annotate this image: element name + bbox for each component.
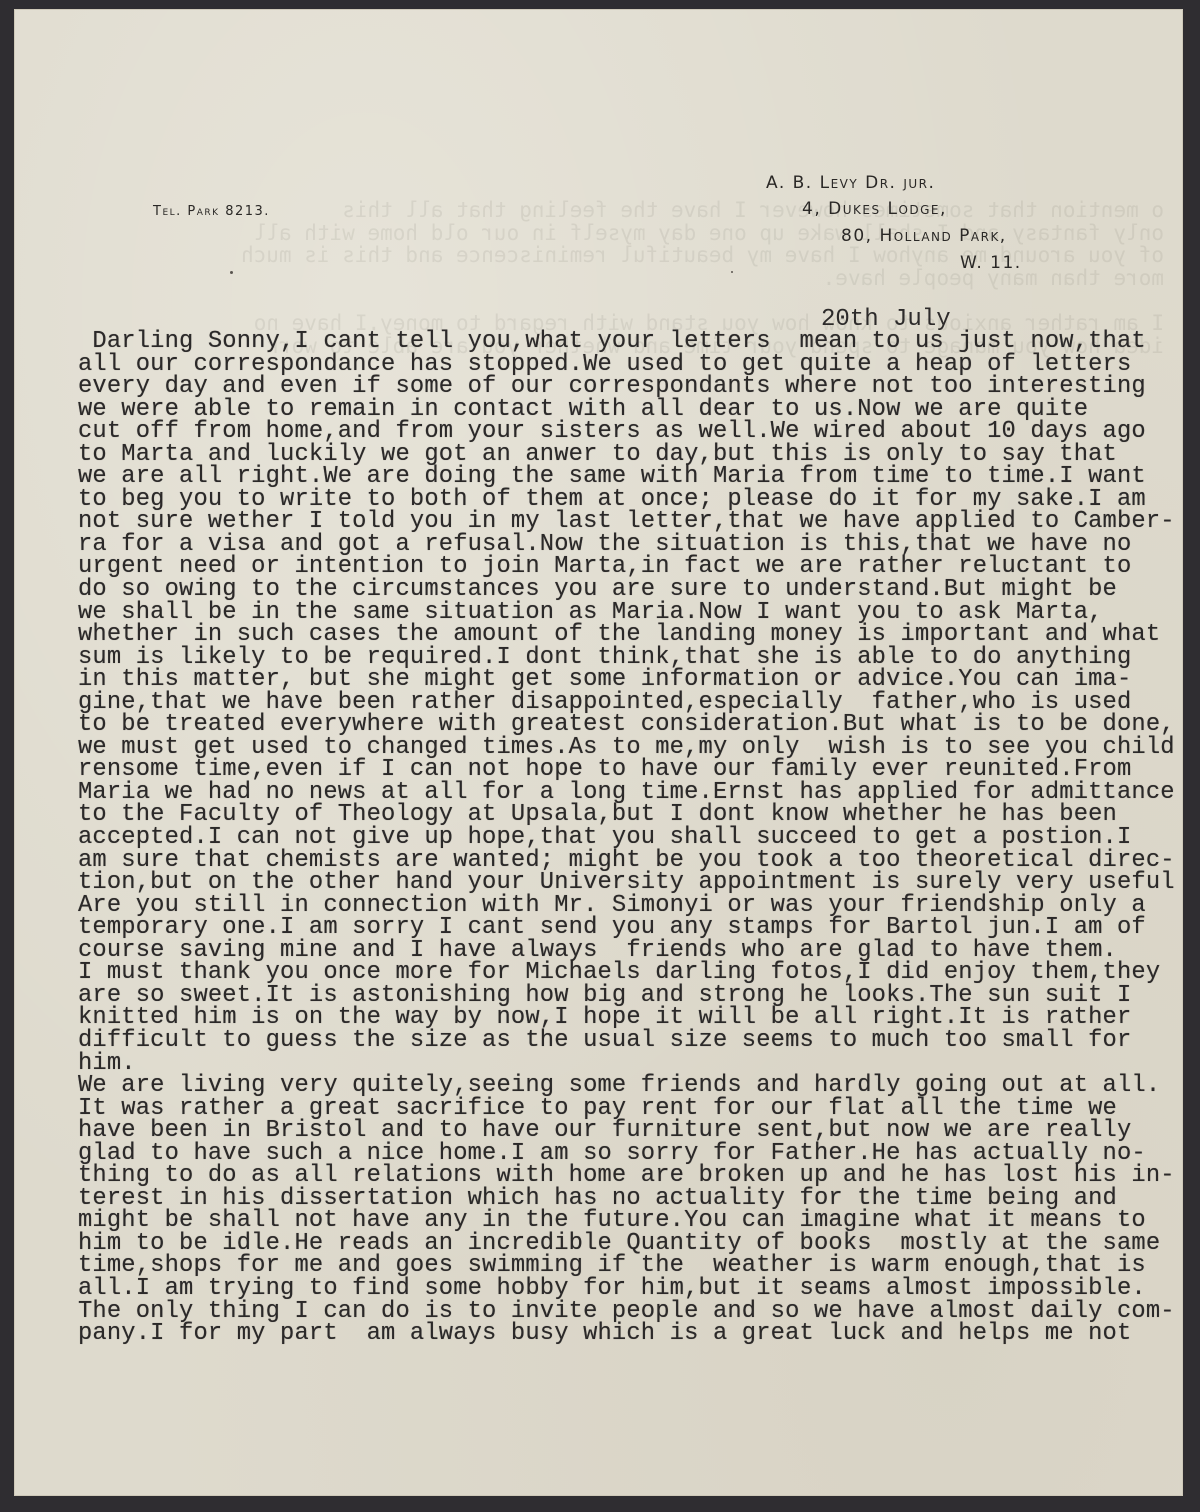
letterhead-sender-name: A. B. Levy Dr. jur. [766,173,935,193]
letterhead-address-line-2: 80, Holland Park, [841,226,1007,246]
letter-page: o mention that sometimes however I have … [14,9,1183,1496]
letterhead-address-line-3: W. 11. [960,253,1022,273]
ink-speck [731,271,733,273]
letter-body: Darling Sonny,I cant tell you,what your … [78,331,1183,1346]
body-line: pany.I for my part am always busy which … [78,1323,1183,1346]
ink-speck [230,271,233,274]
letterhead-telephone: Tel. Park 8213. [153,204,270,219]
body-line: difficult to guess the size as the usual… [78,1030,1183,1053]
letterhead-address-line-1: 4, Dukes Lodge, [802,199,947,219]
